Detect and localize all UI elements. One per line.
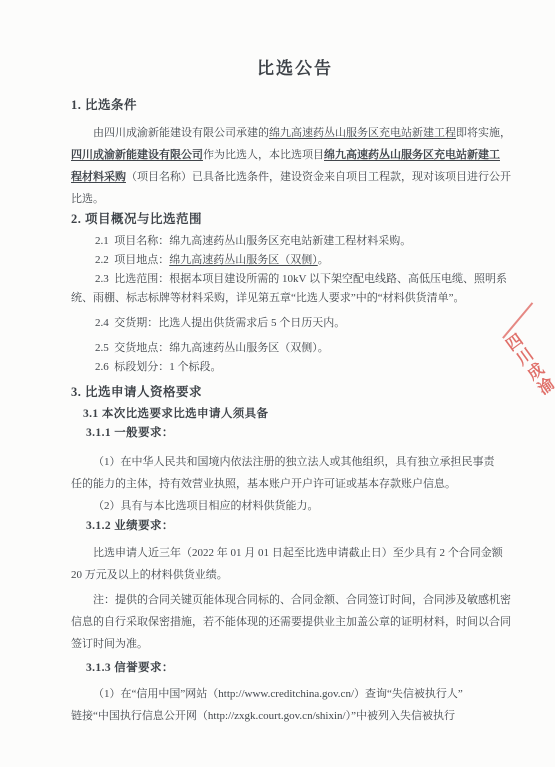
text-line: （1）在中华人民共和国境内依法注册的独立法人或其他组织，具有独立承担民事责 bbox=[71, 451, 519, 473]
text-run: 链接“中国执行信息公开网（http://zxgk.court.gov.cn/sh… bbox=[71, 710, 455, 722]
text-run: 由四川成渝新能建设有限公司承建的 bbox=[93, 127, 269, 139]
text-line: 比选申请人近三年（2022 年 01 月 01 日起至比选申请截止日）至少具有 … bbox=[71, 542, 519, 564]
text-line: 2.3 比选范围：根据本项目建设所需的 10kV 以下架空配电线路、高低压电缆、… bbox=[71, 270, 519, 289]
text-run: 20 万元及以上的材料供货业绩。 bbox=[71, 569, 228, 581]
text-run: 注：提供的合同关键页能体现合同标的、合同金额、合同签订时间，合同涉及敏感机密 bbox=[93, 594, 511, 606]
text-run: 3.1.2 业绩要求： bbox=[86, 520, 174, 532]
text-line: 2.1 项目名称：绵九高速药丛山服务区充电站新建工程材料采购。 bbox=[71, 232, 519, 251]
section-2-heading: 2. 项目概况与比选范围 bbox=[71, 211, 519, 228]
text-line: 四川成渝新能建设有限公司作为比选人，本比选项目绵九高速药丛山服务区充电站新建工 bbox=[71, 144, 519, 166]
document-body: 1. 比选条件由四川成渝新能建设有限公司承建的绵九高速药丛山服务区充电站新建工程… bbox=[71, 97, 519, 727]
text-run: （1）在中华人民共和国境内依法注册的独立法人或其他组织，具有独立承担民事责 bbox=[93, 456, 495, 468]
heading-line: 3.1.3 信誉要求： bbox=[71, 660, 519, 677]
text-line: 链接“中国执行信息公开网（http://zxgk.court.gov.cn/sh… bbox=[71, 705, 519, 727]
text-run: 2.6 标段划分：1 个标段。 bbox=[95, 361, 222, 373]
text-line: （1）在“信用中国”网站（http://www.creditchina.gov.… bbox=[71, 683, 519, 705]
text-line: 信息的自行采取保密措施，若不能体现的还需要提供业主加盖公章的证明材料，时间以合同 bbox=[71, 611, 519, 633]
document-page: 比选公告 1. 比选条件由四川成渝新能建设有限公司承建的绵九高速药丛山服务区充电… bbox=[0, 0, 555, 767]
text-run: 四川成渝新能建设有限公司 bbox=[71, 149, 203, 161]
text-line: 注：提供的合同关键页能体现合同标的、合同金额、合同签订时间，合同涉及敏感机密 bbox=[71, 589, 519, 611]
text-run: 比选。 bbox=[71, 193, 104, 205]
text-run: 3.1.1 一般要求： bbox=[86, 427, 174, 439]
document-title: 比选公告 bbox=[71, 57, 519, 81]
section-1-heading: 1. 比选条件 bbox=[71, 97, 519, 114]
text-line: 20 万元及以上的材料供货业绩。 bbox=[71, 564, 519, 586]
text-run: 3.1.3 信誉要求： bbox=[86, 662, 174, 674]
text-run: 2.2 项目地点： bbox=[95, 254, 169, 266]
text-run: 2.5 交货地点：绵九高速药丛山服务区（双侧）。 bbox=[95, 342, 329, 354]
text-run: （1）在“信用中国”网站（http://www.creditchina.gov.… bbox=[93, 688, 463, 700]
text-line: 比选。 bbox=[71, 188, 519, 210]
section-3-heading: 3. 比选申请人资格要求 bbox=[71, 384, 519, 401]
text-line: 统、雨棚、标志标牌等材料采购，详见第五章“比选人要求”中的“材料供货清单”。 bbox=[71, 289, 519, 308]
text-run: 统、雨棚、标志标牌等材料采购，详见第五章“比选人要求”中的“材料供货清单”。 bbox=[71, 292, 465, 304]
text-line: 任的能力的主体，持有效营业执照，基本账户开户许可证或基本存款账户信息。 bbox=[71, 473, 519, 495]
heading-line: 3.1 本次比选要求比选申请人须具备 bbox=[71, 406, 519, 423]
text-run: 比选申请人近三年（2022 年 01 月 01 日起至比选申请截止日）至少具有 … bbox=[93, 547, 503, 559]
text-run: 签订时间为准。 bbox=[71, 638, 148, 650]
text-run: 3.1 本次比选要求比选申请人须具备 bbox=[83, 408, 268, 420]
text-run: （项目名称）已具备比选条件，建设资金来自项目工程款，现对该项目进行公开 bbox=[126, 171, 511, 183]
text-run: 绵九高速药丛山服务区（双侧） bbox=[169, 254, 318, 266]
heading-line: 3.1.1 一般要求： bbox=[71, 425, 519, 442]
text-line: 由四川成渝新能建设有限公司承建的绵九高速药丛山服务区充电站新建工程即将实施， bbox=[71, 122, 519, 144]
text-run: 任的能力的主体，持有效营业执照，基本账户开户许可证或基本存款账户信息。 bbox=[71, 478, 456, 490]
text-line: 程材料采购（项目名称）已具备比选条件，建设资金来自项目工程款，现对该项目进行公开 bbox=[71, 166, 519, 188]
text-line: 2.5 交货地点：绵九高速药丛山服务区（双侧）。 bbox=[71, 339, 519, 358]
text-run: 信息的自行采取保密措施，若不能体现的还需要提供业主加盖公章的证明材料，时间以合同 bbox=[71, 616, 511, 628]
text-line: 2.6 标段划分：1 个标段。 bbox=[71, 358, 519, 377]
text-run: 2. 项目概况与比选范围 bbox=[71, 212, 202, 226]
text-run: 2.1 项目名称：绵九高速药丛山服务区充电站新建工程材料采购。 bbox=[95, 235, 411, 247]
text-run: （2）具有与本比选项目相应的材料供货能力。 bbox=[93, 500, 319, 512]
text-line: 2.2 项目地点：绵九高速药丛山服务区（双侧）。 bbox=[71, 251, 519, 270]
text-line: 签订时间为准。 bbox=[71, 633, 519, 655]
text-line: （2）具有与本比选项目相应的材料供货能力。 bbox=[71, 495, 519, 517]
text-run: 2.3 比选范围：根据本项目建设所需的 10kV 以下架空配电线路、高低压电缆、… bbox=[95, 273, 507, 285]
text-run: 即将实施， bbox=[456, 127, 511, 139]
text-run: 绵九高速药丛山服务区充电站新建工 bbox=[324, 149, 500, 161]
text-run: 程材料采购 bbox=[71, 171, 126, 183]
heading-line: 3.1.2 业绩要求： bbox=[71, 518, 519, 535]
text-run: 2.4 交货期：比选人提出供货需求后 5 个日历天内。 bbox=[95, 317, 345, 329]
text-run: 。 bbox=[318, 254, 329, 266]
text-run: 绵九高速药丛山服务区充电站新建工程 bbox=[269, 127, 456, 139]
text-run: 3. 比选申请人资格要求 bbox=[71, 385, 202, 399]
text-run: 作为比选人，本比选项目 bbox=[203, 149, 324, 161]
text-run: 1. 比选条件 bbox=[71, 98, 137, 112]
text-line: 2.4 交货期：比选人提出供货需求后 5 个日历天内。 bbox=[71, 314, 519, 333]
